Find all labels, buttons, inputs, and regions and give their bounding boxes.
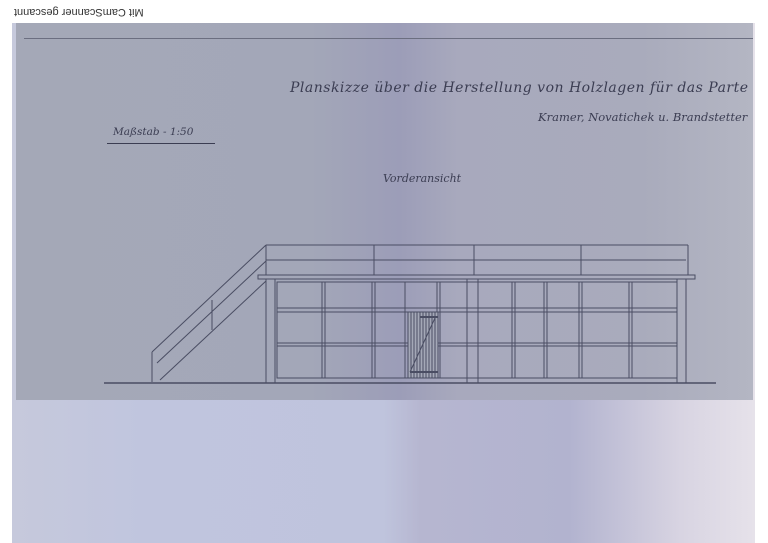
door-icon [408, 312, 438, 378]
front-elevation-drawing [0, 0, 768, 543]
